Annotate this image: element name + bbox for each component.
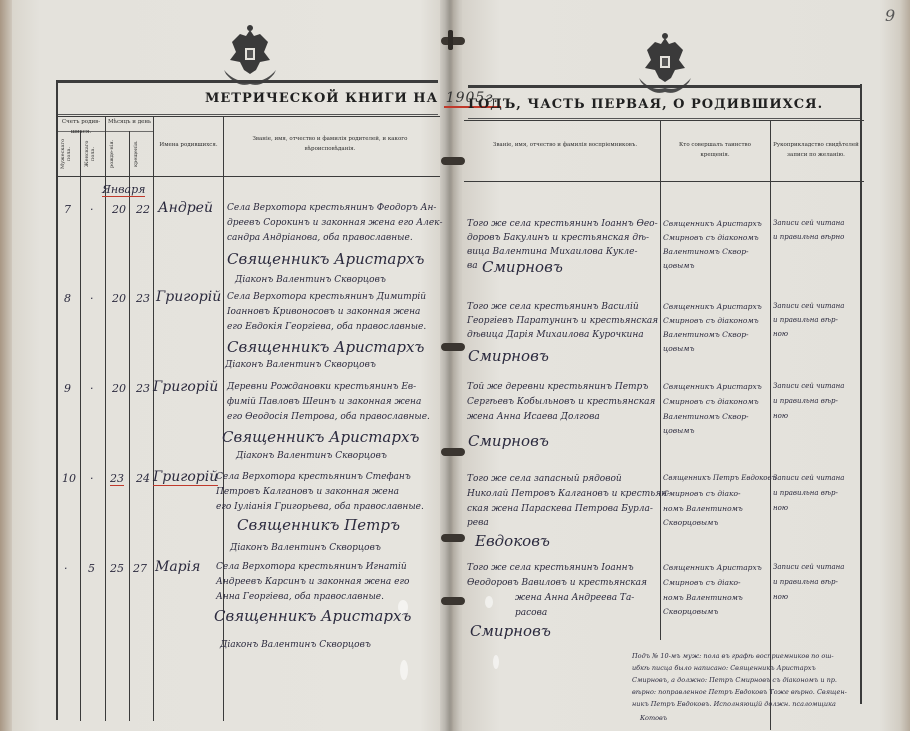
eagle-crest-icon <box>633 30 697 100</box>
godparents-line: жена Анна Андреева Та- <box>515 593 634 603</box>
officiant-line: Священникъ Аристархъ <box>663 219 762 228</box>
deacon-signature: Діаконъ Валентинъ Скворцовъ <box>235 275 386 285</box>
parents-line: Петровъ Калгановъ и законная жена <box>216 487 399 497</box>
male-count: · <box>64 562 68 575</box>
godparents-line: Той же деревни крестьянинъ Петръ <box>467 382 648 392</box>
officiant-line: Скворцовымъ <box>663 607 718 616</box>
parents-line: его Евдокія Георгіева, оба православные. <box>227 322 426 332</box>
officiant-line: Смирновъ съ діакономъ <box>663 233 759 242</box>
deacon-signature: Діаконъ Валентинъ Скворцовъ <box>236 451 387 461</box>
female-count: · <box>90 382 94 395</box>
godparents-line: Георгіевъ Паратунинъ и крестьянская <box>467 316 658 326</box>
witness-line: ною <box>773 412 788 420</box>
officiant-line: номъ Валентиномъ <box>663 504 743 513</box>
male-count: 8 <box>64 292 71 305</box>
godparents-line: вица Валентина Михаилова Кукле- <box>467 247 638 257</box>
birth-day: 20 <box>112 203 126 216</box>
parents-line: Анна Георгіева, оба православные. <box>216 592 384 602</box>
grid-line <box>80 131 81 721</box>
grid-line <box>153 116 154 721</box>
birth-day: 25 <box>110 562 124 575</box>
godparents-line: расова <box>515 608 547 618</box>
officiant-line: Смирновъ съ діакономъ <box>663 316 759 325</box>
female-count: · <box>90 203 94 216</box>
witness-line: Записи сей читана <box>773 382 844 390</box>
parents-line: Села Верхотора крестьянинъ Димитрій <box>227 292 426 302</box>
grid-line <box>464 120 864 121</box>
binding-ring <box>441 37 465 45</box>
godparents-line: дѣвица Дарія Михаилова Курочкина <box>467 330 644 340</box>
paper-damage <box>485 596 493 608</box>
priest-signature: Священникъ Аристархъ <box>214 607 411 625</box>
godparents-line: ва <box>467 261 478 271</box>
grid-line <box>105 116 106 721</box>
grid-line <box>56 176 440 177</box>
header-count-group: Счетъ родив-шихся. <box>57 117 105 137</box>
baptism-day: 23 <box>136 292 150 305</box>
child-name: Григорій <box>156 289 221 305</box>
female-count: · <box>90 472 94 485</box>
header-count-male: Мужескаго пола. <box>60 135 78 173</box>
footnote-line: Котовъ <box>640 714 667 722</box>
godparents-line: рева <box>467 518 489 528</box>
month-label: Января <box>102 183 145 197</box>
birth-day: 20 <box>112 382 126 395</box>
page-number: 9 <box>885 6 895 25</box>
officiant-line: Священникъ Аристархъ <box>663 302 762 311</box>
title-rule <box>468 118 860 119</box>
godparents-line: Сергѣевъ Кобыльновъ и крестьянская <box>467 397 655 407</box>
header-date-born: рожде-нія. <box>109 135 127 173</box>
footnote-line: вѣрно: поправленное Петръ Евдоковъ Тоже … <box>632 688 847 696</box>
footnote-line: Подъ № 10-мъ муж: пола въ графѣ восприем… <box>632 652 834 660</box>
officiant-line: Смирновъ съ діако- <box>663 578 741 587</box>
binding-ring <box>441 597 465 605</box>
binding-ring <box>441 343 465 351</box>
officiant-line: Валентиномъ Сквор- <box>663 412 749 421</box>
female-count: · <box>90 292 94 305</box>
grid-border <box>860 84 862 704</box>
grid-line <box>660 120 661 640</box>
witness-line: Записи сей читана <box>773 474 844 482</box>
officiant-line: Священникъ Петръ Евдоковъ <box>663 474 776 482</box>
officiant-line: Смирновъ съ діакономъ <box>663 397 759 406</box>
header-child-name: Имена родившихся. <box>154 140 223 150</box>
godparents-line: Николай Петровъ Калгановъ и крестьян- <box>467 489 670 499</box>
baptism-day: 27 <box>133 562 147 575</box>
parents-line: Села Верхотора крестьянинъ Стефанъ <box>216 472 411 482</box>
officiant-line: Валентиномъ Сквор- <box>663 330 749 339</box>
witness-line: ною <box>773 330 788 338</box>
officiant-line: Священникъ Аристархъ <box>663 382 762 391</box>
parents-line: его Іуліанія Григорьева, оба православны… <box>216 502 424 512</box>
priest-signature: Священникъ Аристархъ <box>227 250 424 268</box>
godparents-line: Того же села крестьянинъ Василій <box>467 302 639 312</box>
deacon-signature: Діаконъ Валентинъ Скворцовъ <box>220 640 371 650</box>
godparent-signature: Смирновъ <box>482 258 563 276</box>
baptism-day: 24 <box>136 472 150 485</box>
witness-line: и правильна вѣр- <box>773 578 838 586</box>
child-name: Григорій <box>153 379 218 395</box>
godparents-line: жена Анна Исаева Долгова <box>467 412 600 422</box>
title-text: МЕТРИЧЕСКОЙ КНИГИ НА <box>205 91 438 106</box>
godparent-signature: Смирновъ <box>468 347 549 365</box>
header-count-female: Женскаго пола. <box>84 135 102 173</box>
parents-line: сандра Андріанова, оба православные. <box>227 233 413 243</box>
open-register-book: 9 МЕТРИЧЕСКОЙ КНИГИ НА 1905г. ГОДЪ, ЧАСТ… <box>0 0 910 731</box>
priest-signature: Священникъ Петръ <box>237 516 400 534</box>
officiant-line: цовымъ <box>663 344 694 353</box>
header-parents: Званіе, имя, отчество и фамилія родителе… <box>230 134 430 154</box>
godparents-line: Ѳеодоровъ Вавиловъ и крестьянская <box>467 578 647 588</box>
header-godparents: Званіе, имя, отчество и фамилія воспріем… <box>480 140 650 150</box>
officiant-line: Валентиномъ Сквор- <box>663 247 749 256</box>
witness-line: и правильна вѣр- <box>773 489 838 497</box>
parents-line: Іоанновъ Кривоносовъ и законная жена <box>227 307 420 317</box>
birth-day: 23 <box>110 472 124 486</box>
header-date-group: Мѣсяцъ и день <box>106 117 153 127</box>
male-count: 9 <box>64 382 71 395</box>
book-gutter <box>440 0 462 731</box>
godparents-line: Того же села крестьянинъ Іоаннъ Ѳео- <box>467 219 658 229</box>
parents-line: Села Верхотора крестьянинъ Игнатій <box>216 562 407 572</box>
witness-line: Записи сей читана <box>773 302 844 310</box>
godparents-line: Того же села крестьянинъ Іоаннъ <box>467 563 634 573</box>
godparents-line: Того же села запасный рядовой <box>467 474 622 484</box>
parents-line: его Ѳеодосія Петрова, оба православные. <box>227 412 430 422</box>
officiant-line: Смирновъ съ діако- <box>663 489 741 498</box>
child-name: Марія <box>155 559 200 575</box>
parents-line: Деревни Рождановки крестьянинъ Ев- <box>227 382 416 392</box>
baptism-day: 22 <box>136 203 150 216</box>
child-name: Григорій <box>153 469 218 486</box>
binding-ring <box>441 448 465 456</box>
witness-line: и правильна вѣр- <box>773 397 838 405</box>
footnote-line: ибкѣ писца было написано: Священникъ Ари… <box>632 664 816 672</box>
godparents-line: ская жена Параскева Петрова Бурла- <box>467 504 653 514</box>
godparent-signature: Смирновъ <box>468 432 549 450</box>
deacon-signature: Діаконъ Валентинъ Скворцовъ <box>225 360 376 370</box>
female-count: 5 <box>88 562 95 575</box>
officiant-line: Священникъ Аристархъ <box>663 563 762 572</box>
parents-line: Андреевъ Карсинъ и законная жена его <box>216 577 409 587</box>
witness-line: Записи сей читана <box>773 563 844 571</box>
title-rule <box>56 80 438 83</box>
book-title-left: МЕТРИЧЕСКОЙ КНИГИ НА 1905г. <box>205 90 501 106</box>
grid-line <box>770 120 771 730</box>
footnote-line: никъ Петръ Евдоковъ. Исполняющій должн. … <box>632 700 836 708</box>
officiant-line: цовымъ <box>663 426 694 435</box>
paper-damage <box>493 655 499 669</box>
paper-damage <box>398 600 408 614</box>
title-rule <box>468 85 860 88</box>
binding-ring <box>441 157 465 165</box>
parents-line: Села Верхотора крестьянинъ Феодоръ Ан- <box>227 203 436 213</box>
witness-line: Записи сей читана <box>773 219 844 227</box>
officiant-line: номъ Валентиномъ <box>663 593 743 602</box>
grid-line <box>464 181 864 182</box>
godparents-line: доровъ Бакулинъ и крестьянская дѣ- <box>467 233 649 243</box>
parents-line: дреевъ Сорокинъ и законная жена его Алек… <box>227 218 443 228</box>
paper-damage <box>400 660 408 680</box>
birth-day: 20 <box>112 292 126 305</box>
footnote-line: Смирновъ, а должно: Петръ Смирновъ съ ді… <box>632 676 837 684</box>
deacon-signature: Діаконъ Валентинъ Скворцовъ <box>230 543 381 553</box>
header-witness: Рукоприкладство свидѣтелей записи по жел… <box>773 140 859 160</box>
book-title-right: ГОДЪ, ЧАСТЬ ПЕРВАЯ, О РОДИВШИХСЯ. <box>468 97 823 112</box>
binding-post <box>448 30 453 50</box>
priest-signature: Священникъ Аристархъ <box>227 338 424 356</box>
child-name: Андрей <box>158 200 213 216</box>
witness-line: ною <box>773 504 788 512</box>
grid-line <box>223 116 224 721</box>
witness-line: и правильна вѣр- <box>773 316 838 324</box>
witness-line: и правильна вѣрно <box>773 233 844 241</box>
parents-line: фимій Павловъ Шеинъ и законная жена <box>227 397 421 407</box>
godparent-signature: Смирновъ <box>470 622 551 640</box>
header-officiant: Кто совершалъ таинство крещенія. <box>665 140 765 160</box>
priest-signature: Священникъ Аристархъ <box>222 428 419 446</box>
male-count: 10 <box>62 472 76 485</box>
officiant-line: Скворцовымъ <box>663 518 718 527</box>
witness-line: ною <box>773 593 788 601</box>
male-count: 7 <box>64 203 71 216</box>
godparent-signature: Евдоковъ <box>475 532 550 550</box>
header-date-baptized: крещенія. <box>133 135 151 173</box>
title-rule <box>56 114 438 115</box>
baptism-day: 23 <box>136 382 150 395</box>
officiant-line: цовымъ <box>663 261 694 270</box>
book-left-edge <box>0 0 12 731</box>
grid-line <box>129 131 130 721</box>
binding-ring <box>441 534 465 542</box>
